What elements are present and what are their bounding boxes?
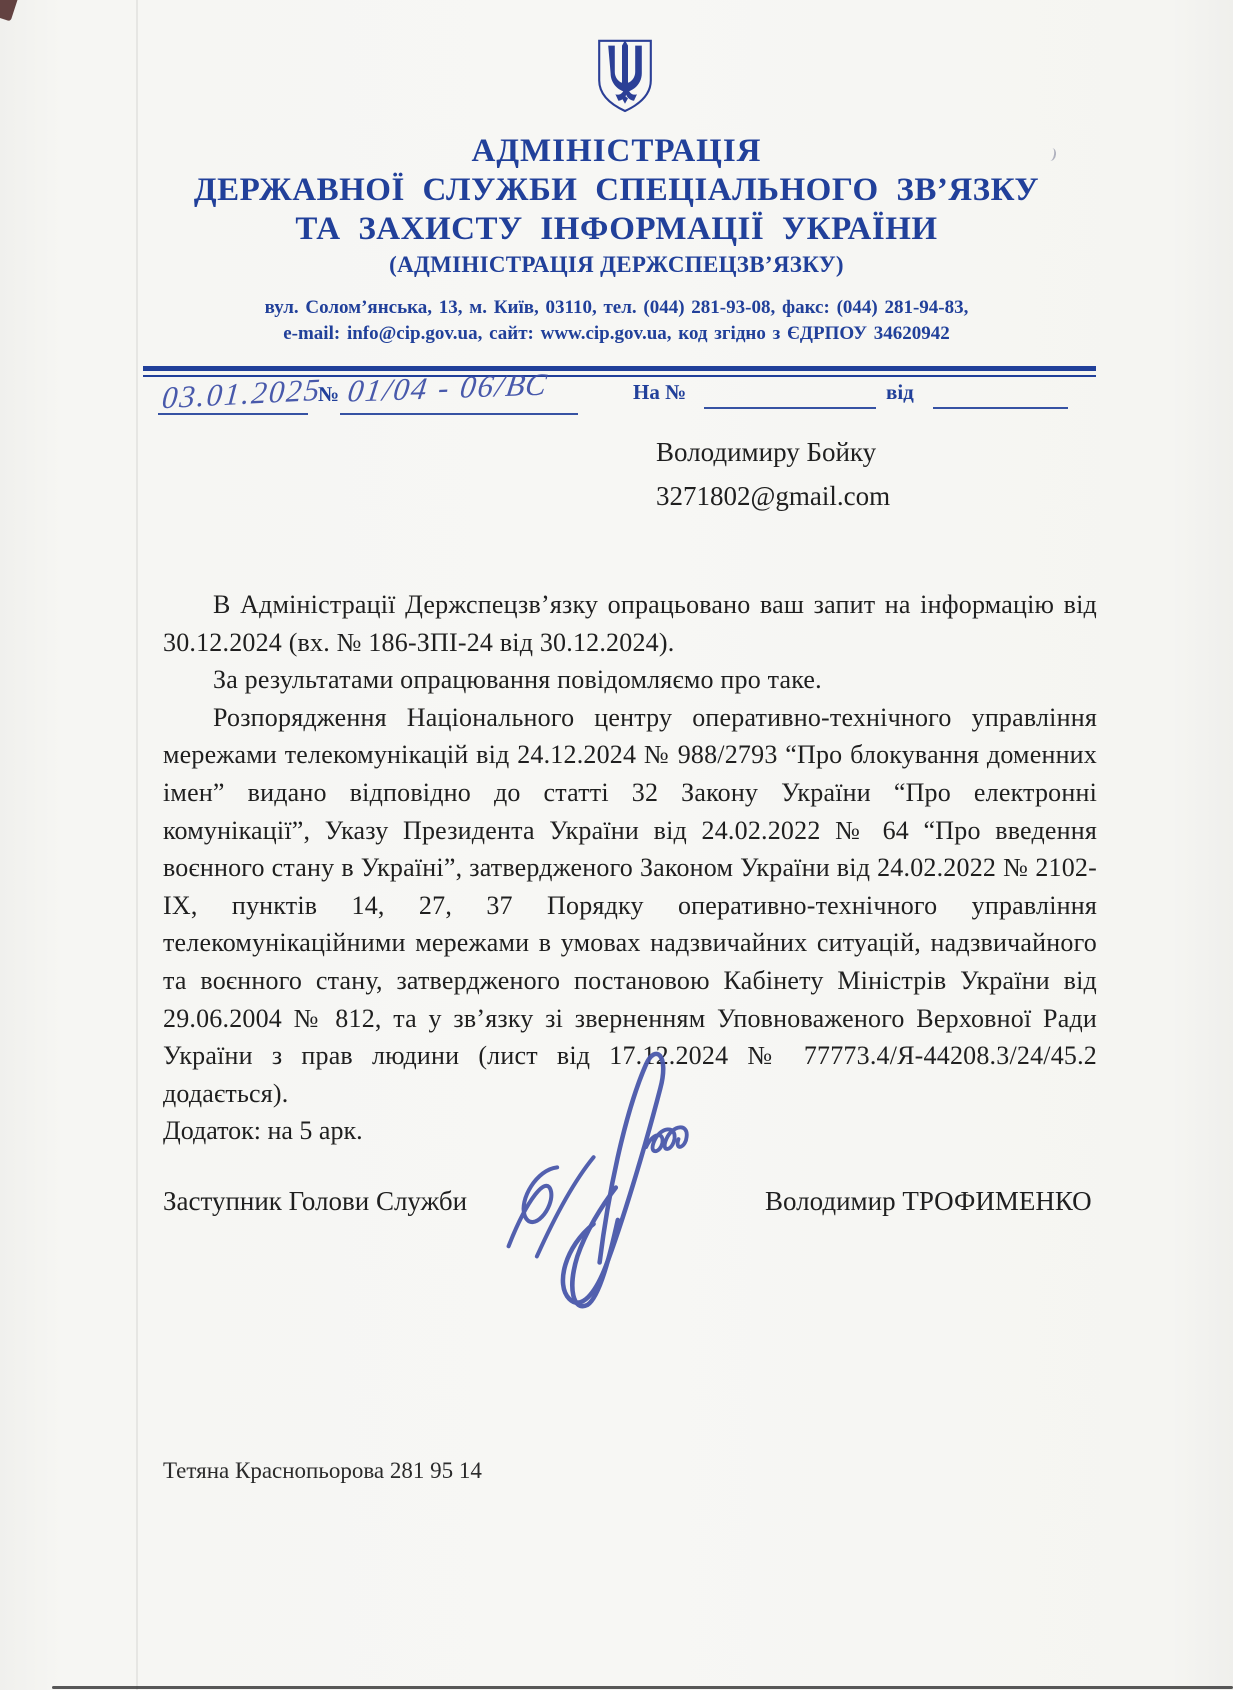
attachment-note: Додаток: на 5 арк. <box>163 1116 363 1146</box>
letter-body: В Адміністрації Держспецзв’язку опрацьов… <box>163 586 1097 1112</box>
date-underline <box>158 413 308 415</box>
contact-info: вул. Солом’янська, 13, м. Київ, 03110, т… <box>140 295 1093 347</box>
email-site-line: e-mail: info@cip.gov.ua, сайт: www.cip.g… <box>140 321 1093 347</box>
address-phone-line: вул. Солом’янська, 13, м. Київ, 03110, т… <box>140 295 1093 321</box>
signer-position-title: Заступник Голови Служби <box>163 1186 467 1217</box>
scan-bottom-edge-line <box>52 1686 1233 1689</box>
body-paragraph-2: За результатами опрацювання повідомляємо… <box>163 661 1097 699</box>
recipient-block: Володимиру Бойку 3271802@gmail.com <box>656 430 890 518</box>
body-paragraph-1: В Адміністрації Держспецзв’язку опрацьов… <box>163 586 1097 661</box>
signer-name: Володимир ТРОФИМЕНКО <box>765 1186 1092 1217</box>
letterhead: АДМІНІСТРАЦІЯ ДЕРЖАВНОЇ СЛУЖБИ СПЕЦІАЛЬН… <box>140 131 1093 280</box>
incoming-number-label: На № <box>633 380 686 405</box>
org-name-line2: ДЕРЖАВНОЇ СЛУЖБИ СПЕЦІАЛЬНОГО ЗВ’ЯЗКУ <box>140 171 1093 210</box>
org-name-line1: АДМІНІСТРАЦІЯ <box>140 131 1093 171</box>
number-sign: № <box>318 382 339 407</box>
scan-corner-artifact <box>0 0 19 21</box>
recipient-email: 3271802@gmail.com <box>656 474 890 518</box>
outgoing-date-handwritten: 03.01.2025 <box>161 372 323 417</box>
outgoing-number-handwritten: 01/04 - 06/ВС <box>346 366 551 409</box>
incoming-number-underline <box>704 407 876 409</box>
scanned-official-letter: АДМІНІСТРАЦІЯ ДЕРЖАВНОЇ СЛУЖБИ СПЕЦІАЛЬН… <box>0 0 1233 1690</box>
org-name-line3: ТА ЗАХИСТУ ІНФОРМАЦІЇ УКРАЇНИ <box>140 210 1093 249</box>
incoming-date-underline <box>933 407 1068 409</box>
trident-emblem-icon <box>595 25 655 125</box>
handwritten-signature-icon <box>447 1046 732 1314</box>
scan-left-edge-line <box>136 0 138 1690</box>
number-underline <box>340 413 578 415</box>
org-short-name: (АДМІНІСТРАЦІЯ ДЕРЖСПЕЦЗВ’ЯЗКУ) <box>140 249 1093 280</box>
recipient-name: Володимиру Бойку <box>656 430 890 474</box>
executor-contact-line: Тетяна Краснопьорова 281 95 14 <box>163 1458 482 1484</box>
incoming-date-label: від <box>886 380 914 405</box>
